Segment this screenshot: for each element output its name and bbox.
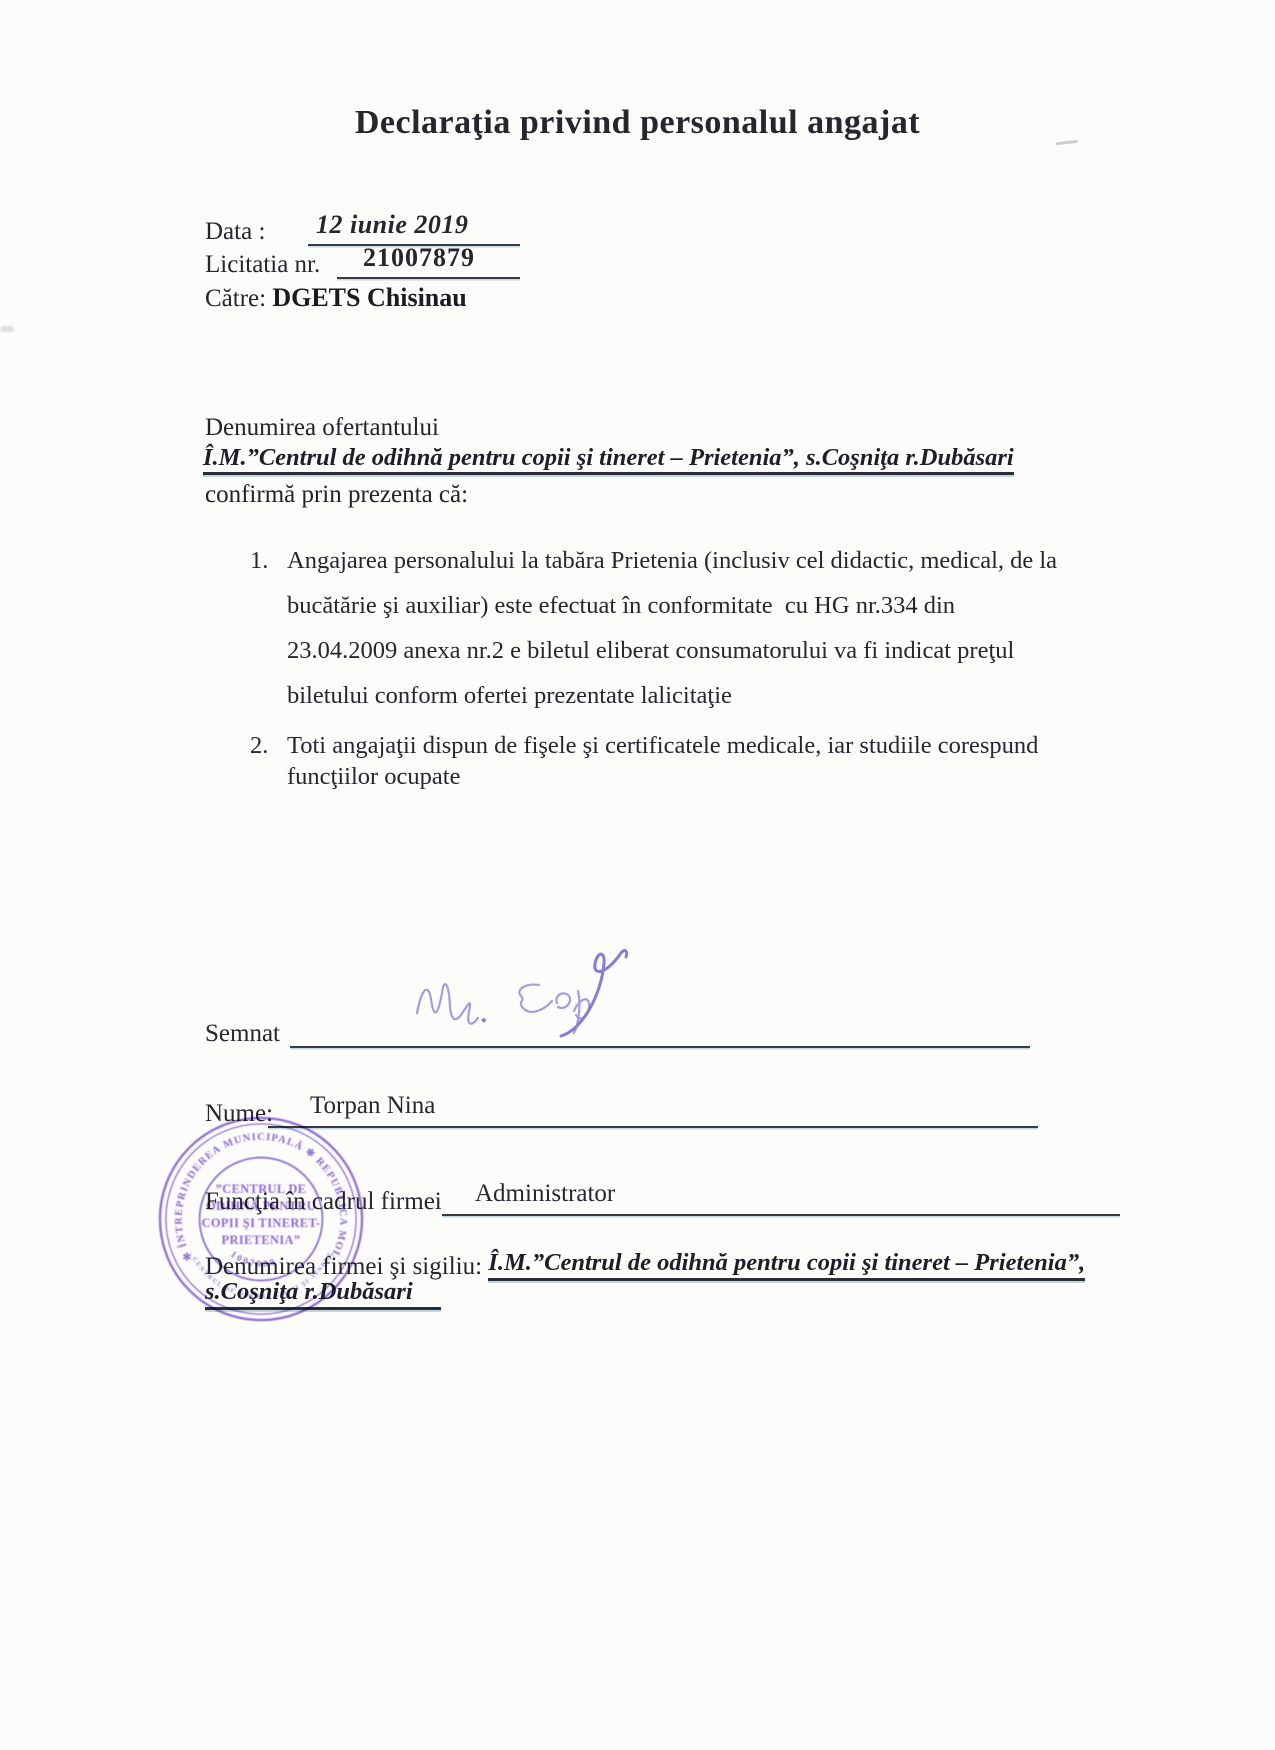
list-item-line: Toti angajaţii dispun de fişele şi certi… — [287, 730, 1038, 761]
signed-label: Semnat — [205, 1020, 290, 1048]
position-value: Administrator — [442, 1180, 615, 1207]
tender-number-row: Licitatia nr.21007879 — [205, 243, 520, 279]
scanned-document-page: Declaraţia privind personalul angajat Da… — [0, 0, 1275, 1750]
list-item: 1.Angajarea personalului la tabăra Priet… — [250, 538, 1090, 718]
list-item: 2.Toti angajaţii dispun de fişele şi cer… — [250, 730, 1090, 792]
name-underline: Torpan Nina — [268, 1092, 1038, 1128]
tender-number-label: Licitatia nr. — [205, 251, 337, 279]
addressee-row: Către: DGETS Chisinau — [205, 277, 467, 313]
stamp-center-line1: ”CENTRUL DE — [216, 1182, 307, 1196]
list-item-line: Angajarea personalului la tabăra Prieten… — [287, 538, 1057, 583]
list-item-line: bucătărie şi auxiliar) este efectuat în … — [287, 583, 1057, 628]
stamp-idno-number: 1007600 — [228, 1250, 278, 1270]
round-ink-stamp: ✻ ÎNTREPRINDEREA MUNICIPALĂ ✻ REPUBLICA … — [152, 1110, 370, 1328]
position-underline: Administrator — [442, 1180, 1120, 1216]
stamp-center-line2: ODIHNĂ PENTRU — [206, 1199, 316, 1213]
offerer-company-name: Î.M.”Centrul de odihnă pentru copii şi t… — [203, 444, 1014, 475]
list-item-number: 1. — [250, 538, 287, 718]
addressee-value: DGETS Chisinau — [272, 283, 466, 313]
list-item-line: 23.04.2009 anexa nr.2 e biletul eliberat… — [287, 628, 1057, 673]
list-item-line: funcţiilor ocupate — [287, 761, 1038, 792]
declaration-list: 1.Angajarea personalului la tabăra Priet… — [250, 538, 1090, 792]
date-underline: 12 iunie 2019 — [308, 210, 520, 246]
scan-smudge — [0, 326, 14, 332]
tender-number-underline: 21007879 — [337, 243, 520, 279]
date-value: 12 iunie 2019 — [308, 210, 468, 239]
date-row: Data : 12 iunie 2019 — [205, 210, 520, 246]
offerer-company-line: Î.M.”Centrul de odihnă pentru copii şi t… — [203, 444, 1014, 472]
document-title: Declaraţia privind personalul angajat — [0, 104, 1275, 142]
offerer-confirm-line: confirmă prin prezenta că: — [205, 481, 468, 509]
offerer-heading: Denumirea ofertantului — [205, 414, 439, 442]
list-item-line: biletului conform ofertei prezentate lal… — [287, 673, 1057, 718]
list-item-number: 2. — [250, 730, 287, 792]
company-seal-value-line1: Î.M.”Centrul de odihnă pentru copii şi t… — [488, 1249, 1085, 1281]
date-label: Data : — [205, 218, 308, 246]
addressee-label: Către: — [205, 285, 272, 313]
stamp-center-line3: COPII ŞI TINERET- — [202, 1216, 321, 1230]
handwritten-signature — [395, 933, 645, 1048]
tender-number-value: 21007879 — [337, 243, 475, 272]
stamp-center-line4: PRIETENIA” — [222, 1233, 301, 1247]
